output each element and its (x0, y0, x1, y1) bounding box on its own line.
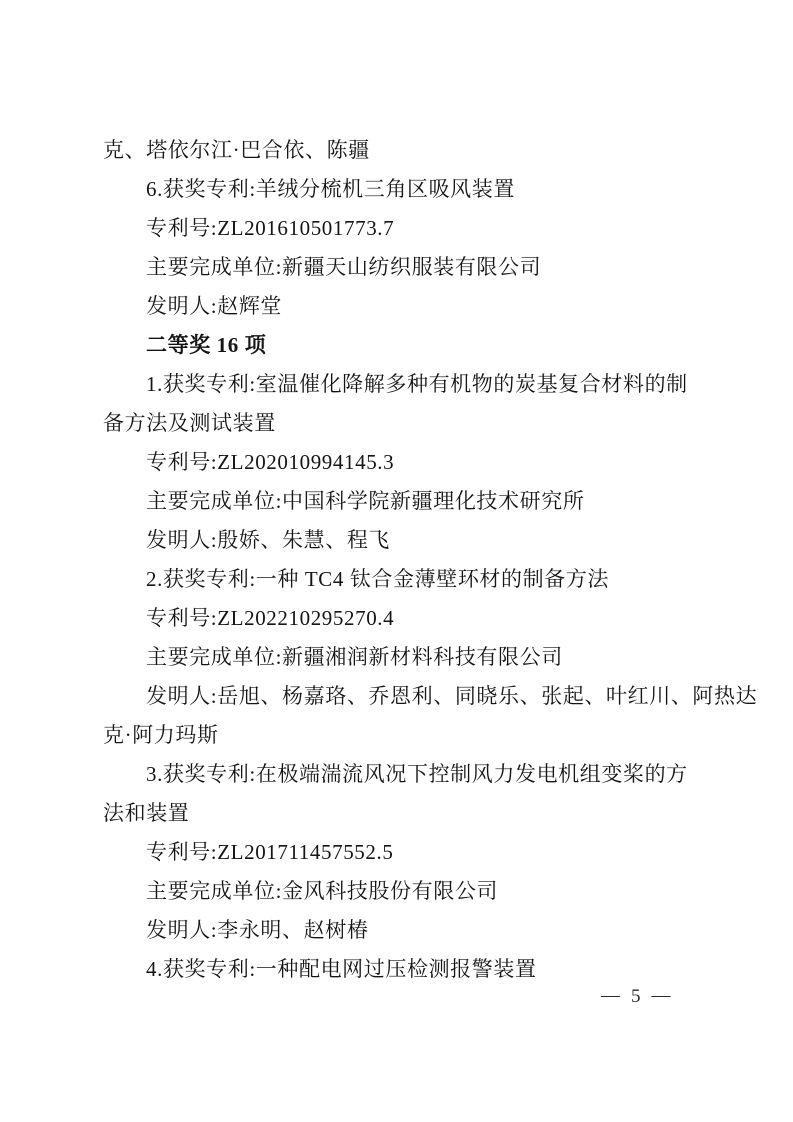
patent-2-inventors-continuation-line: 克·阿力玛斯 (103, 716, 763, 755)
patent-1-title-line: 1.获奖专利:室温催化降解多种有机物的炭基复合材料的制 (103, 365, 763, 404)
patent-3-unit-line: 主要完成单位:金风科技股份有限公司 (103, 872, 763, 911)
patent-1-number-line: 专利号:ZL202010994145.3 (103, 443, 763, 482)
patent-1-inventors-line: 发明人:殷娇、朱慧、程飞 (103, 521, 763, 560)
document-page: 克、塔依尔江·巴合依、陈疆 6.获奖专利:羊绒分梳机三角区吸风装置 专利号:ZL… (0, 0, 793, 1122)
patent-2-unit-line: 主要完成单位:新疆湘润新材料科技有限公司 (103, 638, 763, 677)
page-number-dash-right: — (652, 985, 671, 1007)
page-number: 5 (631, 986, 641, 1008)
page-footer: — 5 — (601, 986, 671, 1008)
patent-6-unit-line: 主要完成单位:新疆天山纺织服装有限公司 (103, 248, 763, 287)
second-prize-heading: 二等奖 16 项 (103, 326, 763, 365)
patent-6-inventors-line: 发明人:赵辉堂 (103, 287, 763, 326)
patent-3-number-line: 专利号:ZL201711457552.5 (103, 833, 763, 872)
inventors-continuation-line: 克、塔依尔江·巴合依、陈疆 (103, 131, 763, 170)
patent-2-inventors-line: 发明人:岳旭、杨嘉珞、乔恩利、同晓乐、张起、叶红川、阿热达 (103, 677, 763, 716)
patent-2-title-line: 2.获奖专利:一种 TC4 钛合金薄壁环材的制备方法 (103, 560, 763, 599)
page-number-dash-left: — (601, 985, 620, 1007)
patent-6-title-line: 6.获奖专利:羊绒分梳机三角区吸风装置 (103, 170, 763, 209)
patent-1-title-continuation-line: 备方法及测试装置 (103, 404, 763, 443)
patent-3-title-line: 3.获奖专利:在极端湍流风况下控制风力发电机组变桨的方 (103, 755, 763, 794)
patent-3-inventors-line: 发明人:李永明、赵树椿 (103, 911, 763, 950)
patent-1-unit-line: 主要完成单位:中国科学院新疆理化技术研究所 (103, 482, 763, 521)
patent-4-title-line: 4.获奖专利:一种配电网过压检测报警装置 (103, 950, 763, 989)
patent-2-number-line: 专利号:ZL202210295270.4 (103, 599, 763, 638)
patent-6-number-line: 专利号:ZL201610501773.7 (103, 209, 763, 248)
patent-3-title-continuation-line: 法和装置 (103, 794, 763, 833)
document-body: 克、塔依尔江·巴合依、陈疆 6.获奖专利:羊绒分梳机三角区吸风装置 专利号:ZL… (103, 131, 763, 989)
